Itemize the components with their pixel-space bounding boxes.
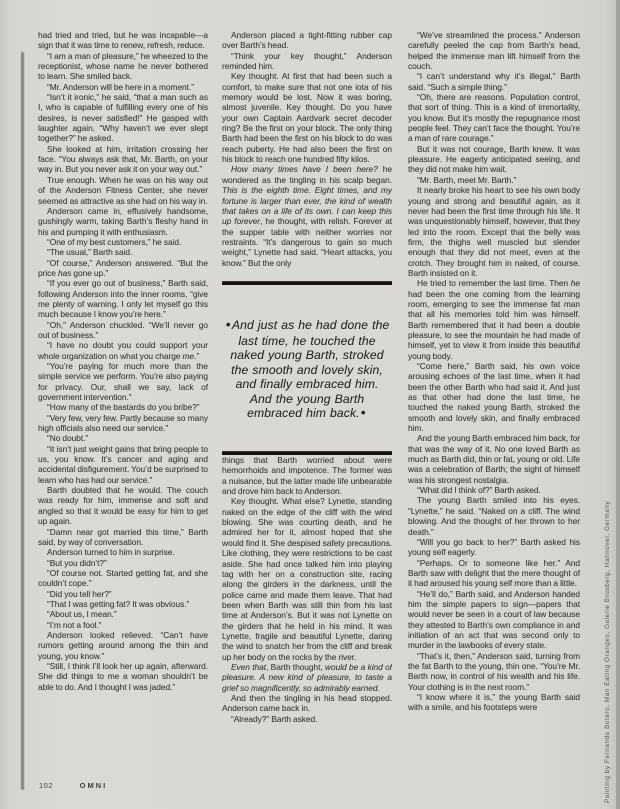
paragraph: “The usual,” Barth said. [38, 247, 208, 257]
paragraph: But it was not courage, Barth knew. It w… [408, 144, 580, 175]
paragraph: “Of course not. Started getting fat, and… [38, 568, 208, 589]
page-footer: 102 OMNI [39, 781, 107, 790]
text-column-middle: Anderson placed a tight-fitting rubber c… [222, 30, 392, 780]
magazine-name: OMNI [80, 781, 108, 790]
paragraph: “I’m not a fool.” [38, 620, 208, 630]
magazine-page: had tried and tried, but he was incapabl… [0, 0, 620, 809]
paragraph: “Did you tell her?” [38, 589, 208, 599]
paragraph: And the young Barth embraced him back, f… [408, 433, 580, 485]
paragraph: “Oh, there are reasons. Population contr… [408, 92, 580, 144]
paragraph: things that Barth worried about were hem… [222, 455, 392, 496]
paragraph: How many times have I been here? he wond… [222, 164, 392, 267]
paragraph: “About us, I mean.” [38, 609, 208, 619]
paragraph: “I know where it is,” the young Barth sa… [408, 692, 580, 713]
paragraph: It nearly broke his heart to see his own… [408, 185, 580, 278]
paragraph: “Oh,” Anderson chuckled. “We’ll never go… [38, 320, 208, 341]
paragraph: True enough. When he was on his way out … [38, 175, 208, 206]
paragraph: “I can’t understand why it’s illegal,” B… [408, 71, 580, 92]
paragraph: “I have no doubt you could support your … [38, 340, 208, 361]
paragraph: Key thought. At first that had been such… [222, 71, 392, 164]
paragraph: had tried and tried, but he was incapabl… [38, 30, 208, 51]
paragraph: Even that, Barth thought, would be a kin… [222, 662, 392, 693]
painting-credit: Painting by Fernando Botero, Man Eating … [604, 428, 611, 803]
paragraph: “Will you go back to her?” Barth asked h… [408, 537, 580, 558]
paragraph: Barth doubted that he would. The couch w… [38, 485, 208, 526]
page-number: 102 [39, 781, 53, 790]
paragraph: “Mr. Barth, meet Mr. Barth.” [408, 175, 580, 185]
divider-rule-top [222, 281, 392, 285]
paragraph: “You’re paying for much more than the si… [38, 361, 208, 402]
paragraph: “That’s it, then,” Anderson said, turnin… [408, 651, 580, 692]
paragraph: “We’ve streamlined the process.” Anderso… [408, 30, 580, 71]
paragraph: “No doubt.” [38, 433, 208, 443]
paragraph: “He’ll do,” Barth said, and Anderson han… [408, 589, 580, 651]
pull-quote: ●And just as he had done the last time, … [224, 318, 390, 422]
paragraph: Anderson came in, effusively handsome, g… [38, 206, 208, 237]
paragraph: Anderson turned to him in surprise. [38, 547, 208, 557]
paragraph: She looked at him, irritation crossing h… [38, 144, 208, 175]
paragraph: “Isn’t it ironic,” he said, “that a man … [38, 92, 208, 144]
paragraph: “Of course,” Anderson answered. “But the… [38, 258, 208, 279]
close-quote-ornament-icon: ● [360, 407, 367, 417]
paragraph: “Very few, very few. Partly because so m… [38, 413, 208, 434]
paragraph: He tried to remember the last time. Then… [408, 278, 580, 361]
paragraph: “Mr. Anderson will be here in a moment.” [38, 82, 208, 92]
paragraph: “I am a man of pleasure,” he wheezed to … [38, 51, 208, 82]
paragraph: “Think your key thought,” Anderson remin… [222, 51, 392, 72]
paragraph: “But you didn’t?” [38, 558, 208, 568]
paragraph: “Already?” Barth asked. [222, 714, 392, 724]
pull-quote-text: And just as he had done the last time, h… [230, 318, 389, 421]
paragraph: “Come here,” Barth said, his own voice a… [408, 361, 580, 433]
text-column-left: had tried and tried, but he was incapabl… [38, 30, 208, 780]
paragraph: “It isn’t just weight gains that bring p… [38, 444, 208, 485]
column-middle-top-text: Anderson placed a tight-fitting rubber c… [222, 30, 392, 268]
paragraph: “How many of the bastards do you bribe?” [38, 402, 208, 412]
paragraph: “Damn near got married this time,” Barth… [38, 527, 208, 548]
paragraph: The young Barth smiled into his eyes. “L… [408, 495, 580, 536]
open-quote-ornament-icon: ● [225, 319, 232, 329]
paragraph: Key thought. What else? Lynette, standin… [222, 496, 392, 662]
paragraph: “One of my best customers,” he said. [38, 237, 208, 247]
paragraph: Anderson looked relieved. “Can’t have ru… [38, 630, 208, 661]
paragraph: “Perhaps. Or to someone like her.” And B… [408, 558, 580, 589]
column-middle-bottom-text: things that Barth worried about were hem… [222, 455, 392, 724]
text-column-right: “We’ve streamlined the process.” Anderso… [408, 30, 580, 780]
paragraph: “Still, I think I’ll look her up again, … [38, 661, 208, 692]
paragraph: “That I was getting fat? It was obvious.… [38, 599, 208, 609]
paragraph: And then the tingling in his head stoppe… [222, 693, 392, 714]
paragraph: “If you ever go out of business,” Barth … [38, 278, 208, 319]
paragraph: “What did I think of?” Barth asked. [408, 485, 580, 495]
paragraph: Anderson placed a tight-fitting rubber c… [222, 30, 392, 51]
